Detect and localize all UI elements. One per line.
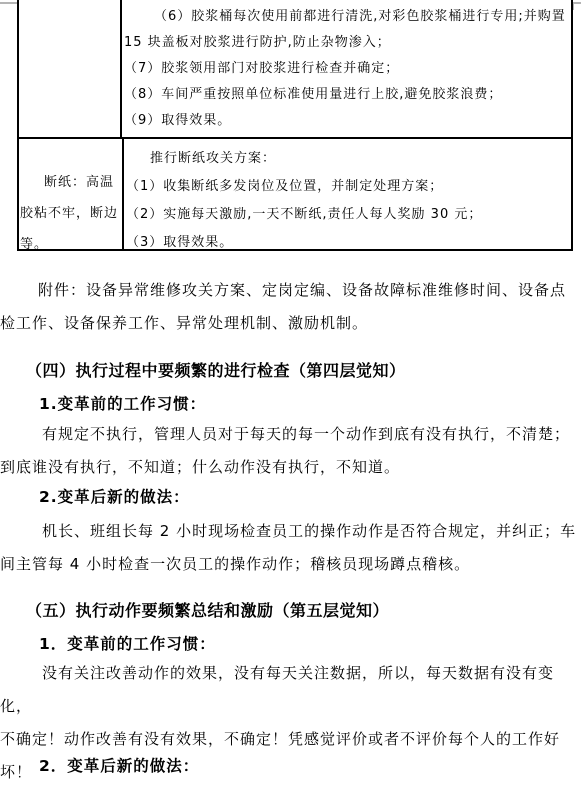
- section4-sub2-title: 2.变革后新的做法：: [0, 481, 581, 514]
- paper-break-plan-item-1: （1）收集断纸多发岗位及位置，并制定处理方案；: [126, 173, 569, 201]
- table-row-glue: （6）胶浆桶每次使用前都进行清洗,对彩色胶浆桶进行专用;并购置 15 块盖板对胶…: [19, 0, 571, 139]
- glue-plan-item-9: （9）取得效果。: [124, 108, 569, 134]
- attachment-paragraph: 附件：设备异常维修攻关方案、定岗定编、设备故障标准维修时间、设备点 检工作、设备…: [0, 274, 581, 340]
- paper-break-plan-item-2: （2）实施每天激励,一天不断纸,责任人每人奖励 30 元；: [126, 201, 569, 229]
- section4-sub1-title: 1.变革前的工作习惯：: [0, 388, 581, 421]
- glue-plan-item-7: （7）胶浆领用部门对胶浆进行检查并确定；: [124, 56, 569, 82]
- paper-break-issue-cell: 断纸：高温 胶粘不牢，断边 等。: [19, 139, 124, 249]
- section4-sub1-paragraph: 有规定不执行，管理人员对于每天的每一个动作到底有没有执行，不清楚； 到底谁没有执…: [0, 418, 581, 484]
- paper-break-plan-intro: 推行断纸攻关方案：: [126, 145, 569, 173]
- table-row-paper-break: 断纸：高温 胶粘不牢，断边 等。 推行断纸攻关方案： （1）收集断纸多发岗位及位…: [19, 139, 571, 249]
- glue-issue-cell: [19, 0, 122, 137]
- section4-heading: （四）执行过程中要频繁的进行检查（第四层觉知）: [0, 354, 581, 387]
- document-page: （6）胶浆桶每次使用前都进行清洗,对彩色胶浆桶进行专用;并购置 15 块盖板对胶…: [0, 0, 581, 786]
- glue-plan-cell: （6）胶浆桶每次使用前都进行清洗,对彩色胶浆桶进行专用;并购置 15 块盖板对胶…: [122, 0, 571, 137]
- glue-plan-item-8: （8）车间严重按照单位标准使用量进行上胶,避免胶浆浪费；: [124, 82, 569, 108]
- section4-sub2-paragraph: 机长、班组长每 2 小时现场检查员工的操作动作是否符合规定，并纠正；车 间主管每…: [0, 515, 581, 581]
- paper-break-plan-item-3: （3）取得效果。: [126, 229, 569, 257]
- crop-artifact-line-left: [0, 2, 17, 4]
- glue-plan-item-6: （6）胶浆桶每次使用前都进行清洗,对彩色胶浆桶进行专用;并购置 15 块盖板对胶…: [124, 4, 569, 56]
- section5-sub2-title: 2．变革后新的做法：: [0, 750, 581, 783]
- section5-heading: （五）执行动作要频繁总结和激励（第五层觉知）: [0, 594, 581, 627]
- paper-break-issue-text: 断纸：高温 胶粘不牢，断边 等。: [20, 167, 121, 260]
- paper-break-plan-cell: 推行断纸攻关方案： （1）收集断纸多发岗位及位置，并制定处理方案； （2）实施每…: [124, 139, 571, 249]
- improvement-plan-table: （6）胶浆桶每次使用前都进行清洗,对彩色胶浆桶进行专用;并购置 15 块盖板对胶…: [17, 0, 573, 251]
